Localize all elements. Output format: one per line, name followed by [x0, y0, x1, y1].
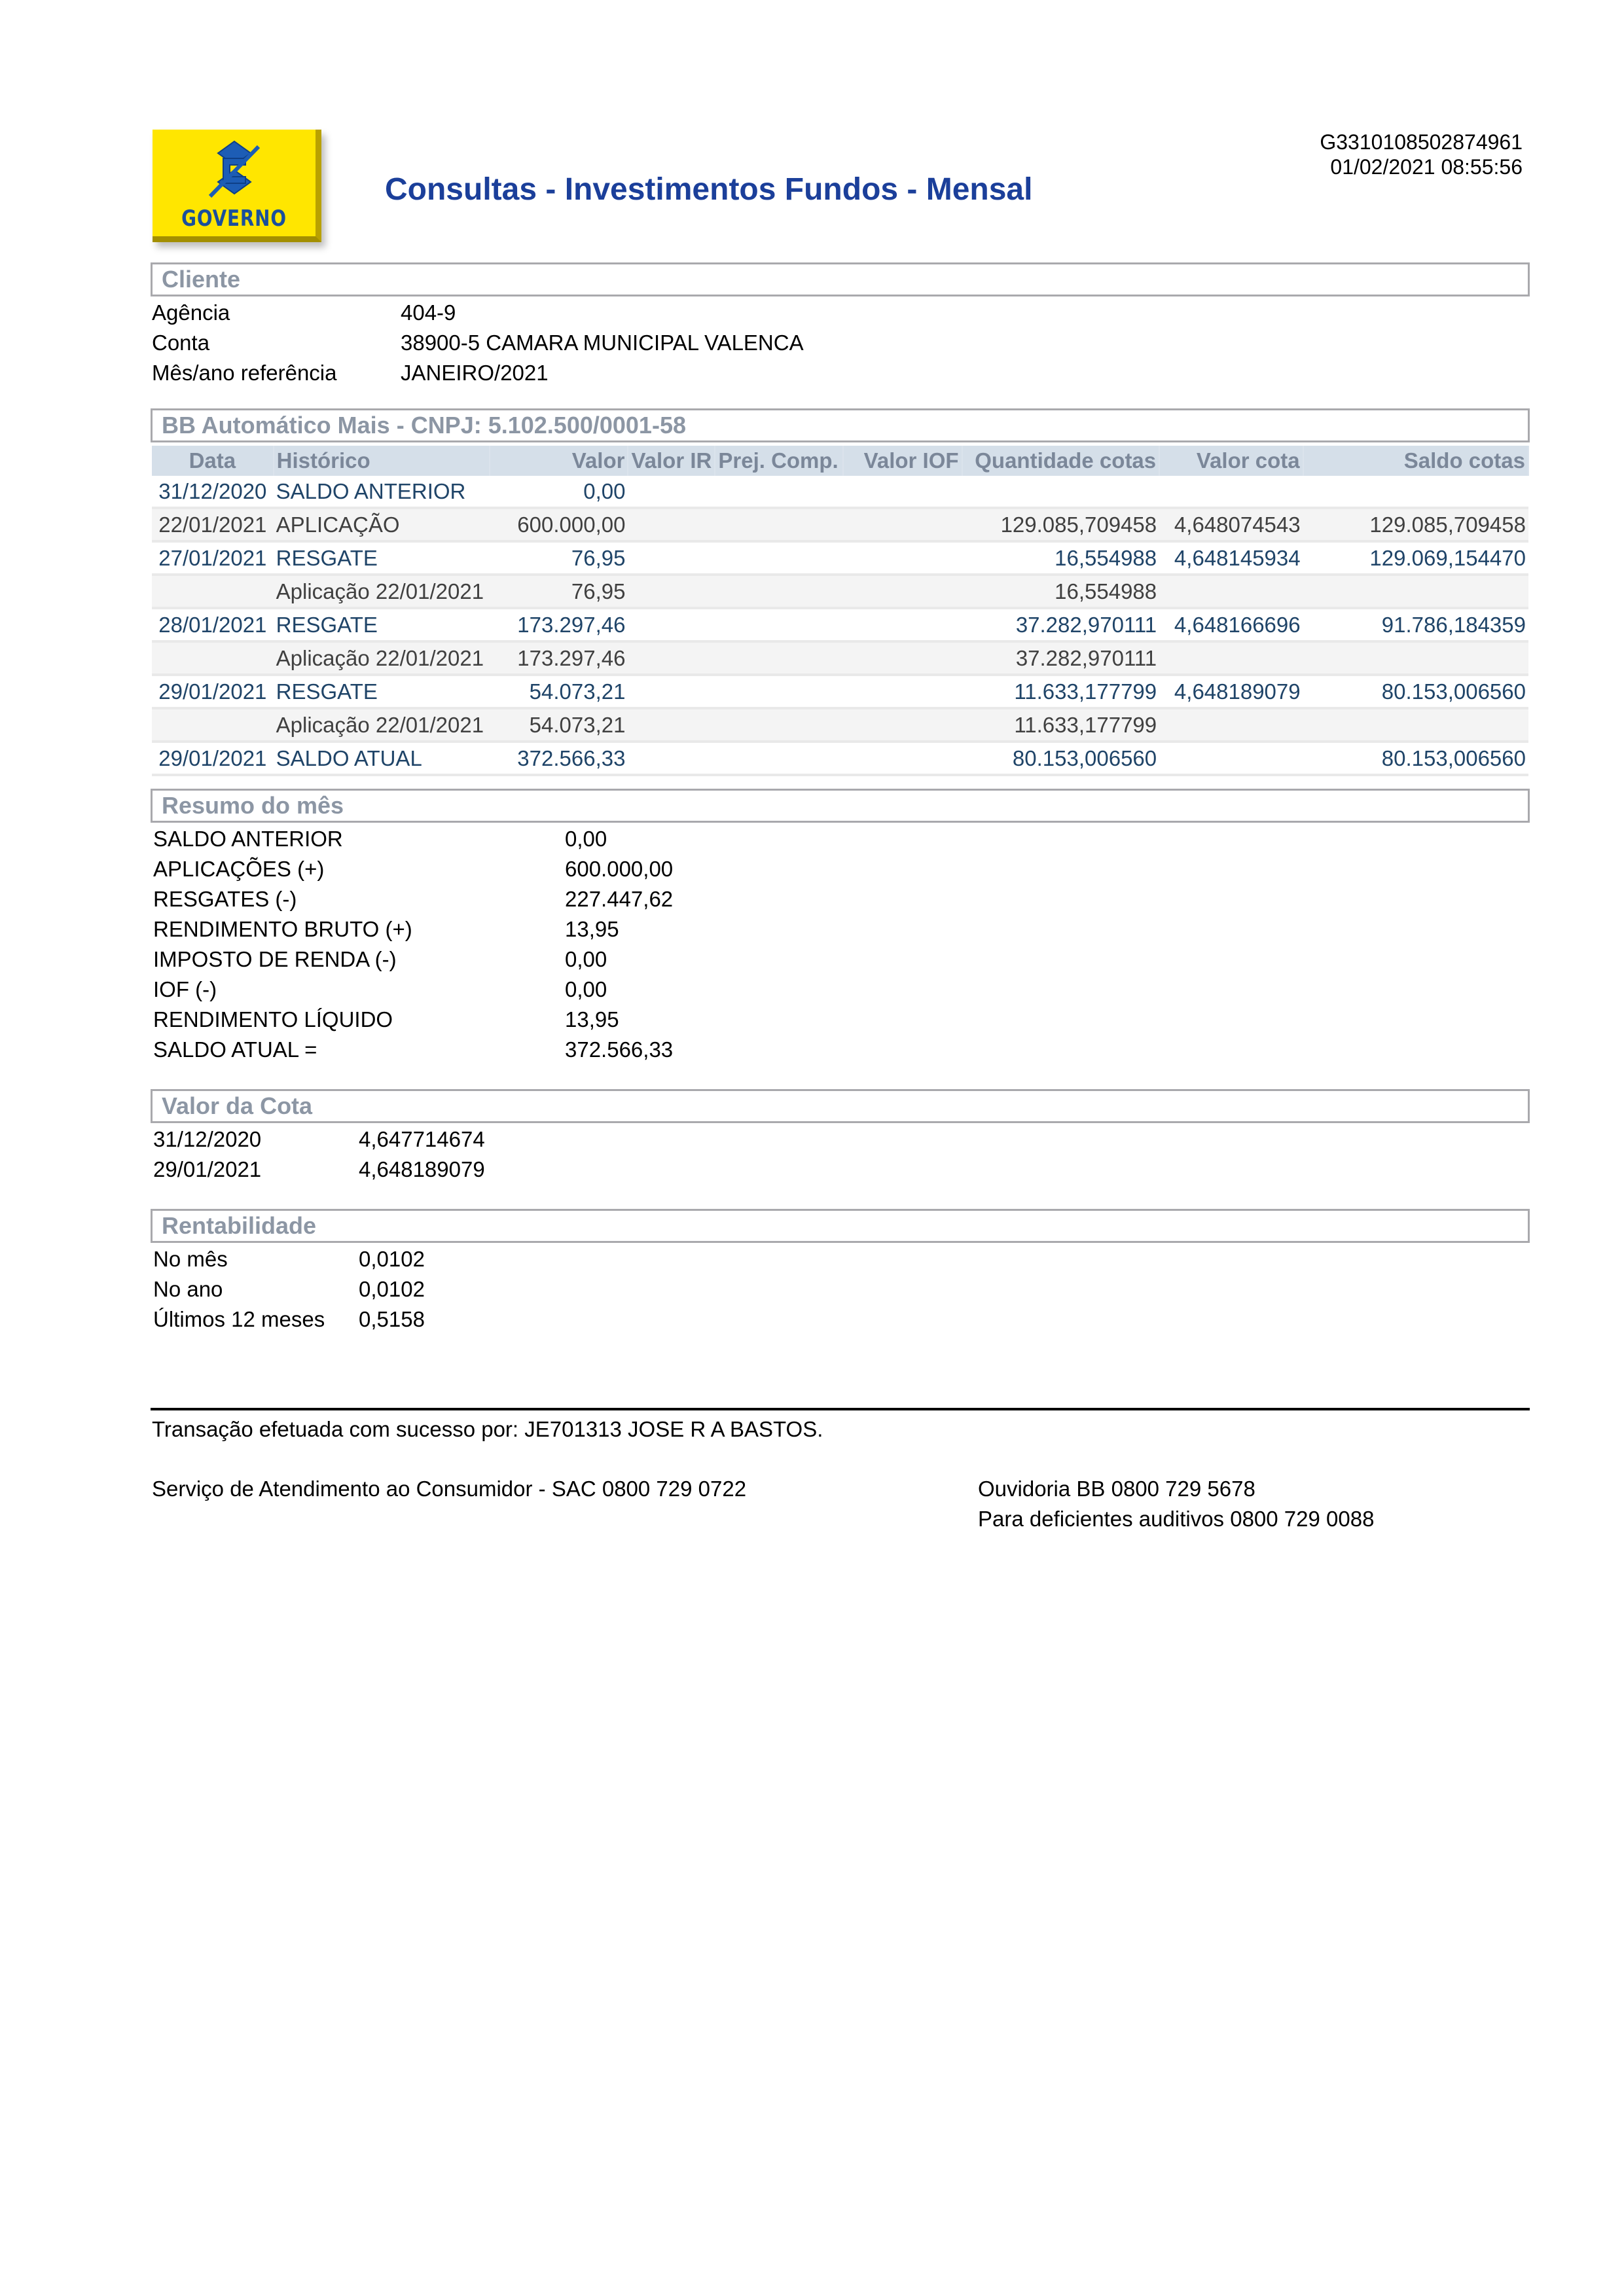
cell-valor-ir	[628, 575, 715, 608]
cell-quantidade-cotas: 11.633,177799	[962, 675, 1160, 708]
cell-historico: RESGATE	[274, 608, 490, 641]
cell-valor-iof	[843, 641, 962, 675]
cell-valor-iof	[843, 508, 962, 541]
cell-prej-comp	[715, 708, 843, 742]
table-row: Aplicação 22/01/202154.073,2111.633,1777…	[152, 708, 1528, 742]
cell-historico: SALDO ATUAL	[274, 742, 490, 775]
cliente-info: Agência 404-9 Conta 38900-5 CAMARA MUNIC…	[152, 298, 804, 388]
section-header-valor-cota: Valor da Cota	[151, 1089, 1530, 1123]
resumo-row: IOF (-)0,00	[153, 975, 673, 1005]
cell-valor-cota: 4,648166696	[1159, 608, 1303, 641]
cell-valor-ir	[628, 608, 715, 641]
cell-quantidade-cotas: 11.633,177799	[962, 708, 1160, 742]
cliente-row-mes-referencia: Mês/ano referência JANEIRO/2021	[152, 358, 804, 388]
cell-valor-cota	[1159, 708, 1303, 742]
cell-prej-comp	[715, 608, 843, 641]
cell-valor: 76,95	[490, 575, 628, 608]
cell-valor-iof	[843, 575, 962, 608]
cell-valor-iof	[843, 708, 962, 742]
table-row: 29/01/2021RESGATE54.073,2111.633,1777994…	[152, 675, 1528, 708]
cell-valor-iof	[843, 608, 962, 641]
cell-valor: 600.000,00	[490, 508, 628, 541]
deficientes-auditivos-contact: Para deficientes auditivos 0800 729 0088	[978, 1504, 1374, 1534]
cell-valor: 76,95	[490, 541, 628, 575]
cell-valor-ir	[628, 476, 715, 508]
bb-governo-logo: GOVERNO	[153, 130, 321, 242]
cell-valor-cota	[1159, 742, 1303, 775]
rentabilidade-row: Últimos 12 meses0,5158	[153, 1304, 425, 1335]
cell-prej-comp	[715, 641, 843, 675]
cell-quantidade-cotas: 16,554988	[962, 541, 1160, 575]
field-label: SALDO ANTERIOR	[153, 824, 565, 854]
footer-divider	[151, 1408, 1530, 1410]
cell-valor-ir	[628, 742, 715, 775]
valor-cota-row: 29/01/20214,648189079	[153, 1155, 485, 1185]
cell-valor-cota: 4,648189079	[1159, 675, 1303, 708]
col-header-prej-comp: Prej. Comp.	[715, 446, 843, 476]
cell-valor-cota	[1159, 641, 1303, 675]
cell-prej-comp	[715, 541, 843, 575]
cell-prej-comp	[715, 508, 843, 541]
field-value: 0,5158	[359, 1304, 425, 1335]
cell-valor: 173.297,46	[490, 641, 628, 675]
field-value: 13,95	[565, 1005, 619, 1035]
section-header-rentabilidade: Rentabilidade	[151, 1209, 1530, 1243]
field-value: 0,0102	[359, 1274, 425, 1304]
field-label: APLICAÇÕES (+)	[153, 854, 565, 884]
cliente-row-agencia: Agência 404-9	[152, 298, 804, 328]
resumo-row: APLICAÇÕES (+)600.000,00	[153, 854, 673, 884]
valor-cota-list: 31/12/20204,64771467429/01/20214,6481890…	[153, 1124, 485, 1185]
field-label: Agência	[152, 298, 401, 328]
page-title: Consultas - Investimentos Fundos - Mensa…	[385, 171, 1032, 207]
cell-saldo-cotas: 91.786,184359	[1303, 608, 1528, 641]
cell-data: 29/01/2021	[152, 742, 274, 775]
field-value: 0,00	[565, 944, 607, 975]
cell-saldo-cotas: 129.085,709458	[1303, 508, 1528, 541]
cell-historico: RESGATE	[274, 675, 490, 708]
sac-contact: Serviço de Atendimento ao Consumidor - S…	[152, 1474, 746, 1504]
cell-valor-cota	[1159, 476, 1303, 508]
cell-saldo-cotas	[1303, 708, 1528, 742]
field-label: Últimos 12 meses	[153, 1304, 359, 1335]
cell-saldo-cotas: 80.153,006560	[1303, 675, 1528, 708]
rentabilidade-row: No mês0,0102	[153, 1244, 425, 1274]
cell-valor: 173.297,46	[490, 608, 628, 641]
cell-quantidade-cotas: 37.282,970111	[962, 641, 1160, 675]
field-value: 38900-5 CAMARA MUNICIPAL VALENCA	[401, 328, 804, 358]
field-label: IMPOSTO DE RENDA (-)	[153, 944, 565, 975]
col-header-historico: Histórico	[274, 446, 490, 476]
cell-prej-comp	[715, 476, 843, 508]
field-label: Conta	[152, 328, 401, 358]
table-row: 28/01/2021RESGATE173.297,4637.282,970111…	[152, 608, 1528, 641]
cell-valor-ir	[628, 675, 715, 708]
cell-saldo-cotas	[1303, 575, 1528, 608]
cliente-row-conta: Conta 38900-5 CAMARA MUNICIPAL VALENCA	[152, 328, 804, 358]
cell-data: 28/01/2021	[152, 608, 274, 641]
cell-saldo-cotas	[1303, 641, 1528, 675]
field-value: 0,00	[565, 975, 607, 1005]
cell-valor-ir	[628, 708, 715, 742]
field-label: No mês	[153, 1244, 359, 1274]
cell-data	[152, 575, 274, 608]
document-code: G3310108502874961	[1320, 130, 1523, 154]
field-label: 29/01/2021	[153, 1155, 359, 1185]
cell-quantidade-cotas	[962, 476, 1160, 508]
field-value: 13,95	[565, 914, 619, 944]
cell-saldo-cotas: 129.069,154470	[1303, 541, 1528, 575]
resumo-row: RENDIMENTO LÍQUIDO13,95	[153, 1005, 673, 1035]
cell-historico: Aplicação 22/01/2021	[274, 641, 490, 675]
cell-valor-cota	[1159, 575, 1303, 608]
cell-data: 31/12/2020	[152, 476, 274, 508]
field-value: 600.000,00	[565, 854, 673, 884]
field-value: 4,648189079	[359, 1155, 485, 1185]
table-row: 29/01/2021SALDO ATUAL372.566,3380.153,00…	[152, 742, 1528, 775]
cell-prej-comp	[715, 742, 843, 775]
field-label: No ano	[153, 1274, 359, 1304]
field-label: RENDIMENTO LÍQUIDO	[153, 1005, 565, 1035]
col-header-valor-ir: Valor IR	[628, 446, 715, 476]
field-label: Mês/ano referência	[152, 358, 401, 388]
rentabilidade-row: No ano0,0102	[153, 1274, 425, 1304]
cell-saldo-cotas: 80.153,006560	[1303, 742, 1528, 775]
cell-quantidade-cotas: 16,554988	[962, 575, 1160, 608]
section-header-resumo: Resumo do mês	[151, 789, 1530, 823]
table-row: Aplicação 22/01/2021173.297,4637.282,970…	[152, 641, 1528, 675]
field-value: JANEIRO/2021	[401, 358, 549, 388]
cell-valor-iof	[843, 476, 962, 508]
resumo-row: SALDO ANTERIOR0,00	[153, 824, 673, 854]
field-value: 404-9	[401, 298, 456, 328]
field-label: 31/12/2020	[153, 1124, 359, 1155]
cell-valor-ir	[628, 641, 715, 675]
col-header-valor: Valor	[490, 446, 628, 476]
resumo-row: SALDO ATUAL =372.566,33	[153, 1035, 673, 1065]
col-header-quantidade-cotas: Quantidade cotas	[962, 446, 1160, 476]
cell-data: 27/01/2021	[152, 541, 274, 575]
document-datetime: 01/02/2021 08:55:56	[1320, 154, 1523, 179]
field-value: 4,647714674	[359, 1124, 485, 1155]
cell-valor-ir	[628, 541, 715, 575]
ouvidoria-contact: Ouvidoria BB 0800 729 5678	[978, 1474, 1255, 1504]
valor-cota-row: 31/12/20204,647714674	[153, 1124, 485, 1155]
resumo-row: RENDIMENTO BRUTO (+)13,95	[153, 914, 673, 944]
cell-valor-iof	[843, 675, 962, 708]
rentabilidade-list: No mês0,0102No ano0,0102Últimos 12 meses…	[153, 1244, 425, 1335]
cell-valor-cota: 4,648145934	[1159, 541, 1303, 575]
cell-data	[152, 641, 274, 675]
resumo-row: RESGATES (-)227.447,62	[153, 884, 673, 914]
document-meta: G3310108502874961 01/02/2021 08:55:56	[1320, 130, 1523, 179]
cell-valor: 372.566,33	[490, 742, 628, 775]
cell-quantidade-cotas: 80.153,006560	[962, 742, 1160, 775]
cell-data: 22/01/2021	[152, 508, 274, 541]
table-row: Aplicação 22/01/202176,9516,554988	[152, 575, 1528, 608]
cell-data: 29/01/2021	[152, 675, 274, 708]
field-label: RESGATES (-)	[153, 884, 565, 914]
cell-valor: 54.073,21	[490, 708, 628, 742]
cell-valor: 0,00	[490, 476, 628, 508]
banco-do-brasil-icon	[198, 139, 270, 204]
field-value: 0,00	[565, 824, 607, 854]
section-header-cliente: Cliente	[151, 262, 1530, 296]
col-header-valor-cota: Valor cota	[1159, 446, 1303, 476]
cell-historico: RESGATE	[274, 541, 490, 575]
transactions-table: Data Histórico Valor Valor IR Prej. Comp…	[152, 446, 1529, 776]
cell-historico: Aplicação 22/01/2021	[274, 575, 490, 608]
cell-valor-ir	[628, 508, 715, 541]
cell-prej-comp	[715, 675, 843, 708]
table-row: 27/01/2021RESGATE76,9516,5549884,6481459…	[152, 541, 1528, 575]
field-label: IOF (-)	[153, 975, 565, 1005]
field-value: 227.447,62	[565, 884, 673, 914]
col-header-valor-iof: Valor IOF	[843, 446, 962, 476]
field-label: RENDIMENTO BRUTO (+)	[153, 914, 565, 944]
table-row: 31/12/2020SALDO ANTERIOR0,00	[152, 476, 1528, 508]
field-value: 0,0102	[359, 1244, 425, 1274]
logo-text: GOVERNO	[167, 206, 300, 232]
col-header-data: Data	[152, 446, 274, 476]
cell-quantidade-cotas: 37.282,970111	[962, 608, 1160, 641]
cell-valor: 54.073,21	[490, 675, 628, 708]
cell-data	[152, 708, 274, 742]
field-label: SALDO ATUAL =	[153, 1035, 565, 1065]
cell-historico: Aplicação 22/01/2021	[274, 708, 490, 742]
cell-historico: APLICAÇÃO	[274, 508, 490, 541]
table-row: 22/01/2021APLICAÇÃO600.000,00129.085,709…	[152, 508, 1528, 541]
col-header-saldo-cotas: Saldo cotas	[1303, 446, 1528, 476]
resumo-list: SALDO ANTERIOR0,00APLICAÇÕES (+)600.000,…	[153, 824, 673, 1065]
cell-quantidade-cotas: 129.085,709458	[962, 508, 1160, 541]
field-value: 372.566,33	[565, 1035, 673, 1065]
cell-valor-cota: 4,648074543	[1159, 508, 1303, 541]
resumo-row: IMPOSTO DE RENDA (-)0,00	[153, 944, 673, 975]
table-header-row: Data Histórico Valor Valor IR Prej. Comp…	[152, 446, 1528, 476]
cell-valor-iof	[843, 742, 962, 775]
cell-saldo-cotas	[1303, 476, 1528, 508]
transaction-status: Transação efetuada com sucesso por: JE70…	[152, 1414, 823, 1444]
section-header-fund: BB Automático Mais - CNPJ: 5.102.500/000…	[151, 408, 1530, 442]
cell-historico: SALDO ANTERIOR	[274, 476, 490, 508]
cell-valor-iof	[843, 541, 962, 575]
cell-prej-comp	[715, 575, 843, 608]
